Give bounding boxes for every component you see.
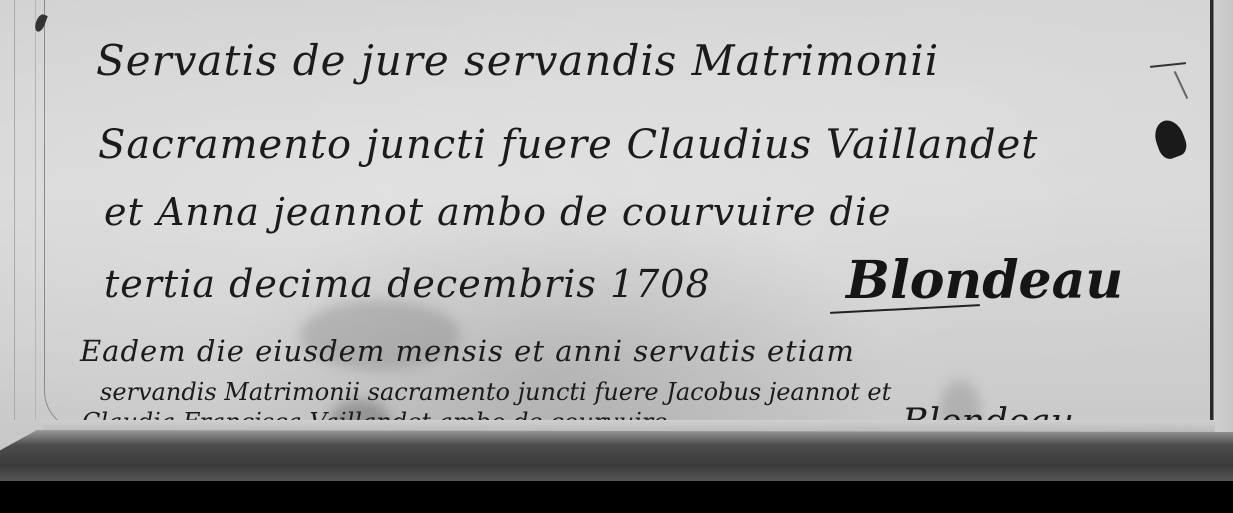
- text-line-6: servandis Matrimonii sacramento juncti f…: [100, 378, 891, 406]
- page-shadow: [0, 430, 1233, 481]
- margin-rule-inner: [44, 0, 45, 385]
- page-binding-edge: [1210, 0, 1233, 440]
- black-letterbox-bar: [0, 481, 1233, 513]
- text-line-4-date: tertia decima decembris 1708: [104, 262, 711, 306]
- text-line-1: Servatis de jure servandis Matrimonii: [96, 36, 939, 85]
- signature-blondeau-1: Blondeau: [846, 250, 1123, 311]
- margin-dash-mark: [1150, 62, 1186, 68]
- text-line-2: Sacramento juncti fuere Claudius Vaillan…: [98, 122, 1038, 168]
- text-line-5: Eadem die eiusdem mensis et anni servati…: [80, 334, 855, 368]
- margin-tick-mark: [1174, 71, 1188, 99]
- margin-rule-outer: [14, 0, 36, 420]
- ink-blot: [1150, 116, 1189, 161]
- text-line-3: et Anna jeannot ambo de courvuire die: [104, 190, 892, 234]
- document-scan: Servatis de jure servandis Matrimonii Sa…: [0, 0, 1233, 481]
